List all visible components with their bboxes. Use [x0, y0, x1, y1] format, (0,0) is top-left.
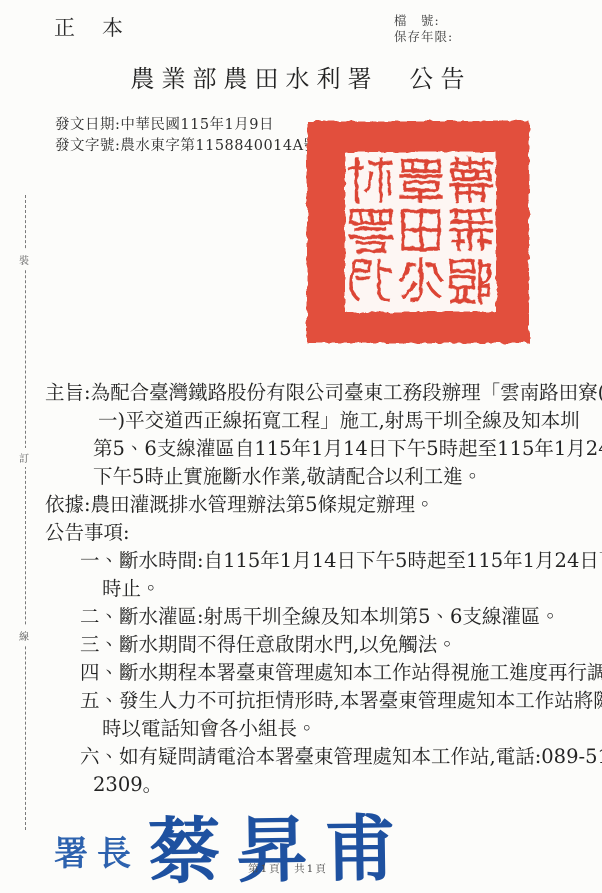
issue-number: 發文字號:農水東字第1158840014A號	[55, 136, 319, 157]
file-info-block: 檔 號: 保存年限:	[394, 13, 453, 45]
body-line: 三、斷水期間不得任意啟閉水門,以免觸法。	[45, 631, 585, 659]
body-line: 一、斷水時間:自115年1月14日下午5時起至115年1月24日下午5	[45, 547, 585, 575]
binding-mark-xian: 線	[19, 626, 29, 645]
page-number-footer: 第1頁 共1頁	[248, 861, 328, 876]
body-line: 一)平交道西正線拓寬工程」施工,射馬干圳全線及知本圳	[45, 407, 585, 435]
announcement-document: 正 本 檔 號: 保存年限: 農業部農田水利署 公告 發文日期:中華民國115年…	[0, 0, 602, 893]
binding-mark-ding: 訂	[19, 448, 29, 467]
body-line: 公告事項:	[45, 519, 585, 547]
signer-title: 署長	[54, 826, 140, 875]
issue-info-block: 發文日期:中華民國115年1月9日 發文字號:農水東字第1158840014A號	[55, 115, 319, 157]
body-line: 五、發生人力不可抗拒情形時,本署臺東管理處知本工作站將隨	[45, 687, 585, 715]
body-line: 六、如有疑問請電洽本署臺東管理處知本工作站,電話:089-51	[45, 743, 585, 771]
binding-mark-zhuang: 裝	[19, 250, 29, 269]
document-title: 農業部農田水利署 公告	[0, 59, 602, 94]
retention-period-label: 保存年限:	[394, 29, 453, 45]
body-line: 四、斷水期程本署臺東管理處知本工作站得視施工進度再行調整。	[45, 659, 585, 687]
official-seal-image	[303, 117, 533, 347]
announcement-body: 主旨:為配合臺灣鐵路股份有限公司臺東工務段辦理「雲南路田寮( 一)平交道西正線拓…	[45, 379, 585, 799]
copy-type-label: 正 本	[54, 12, 126, 42]
body-line: 主旨:為配合臺灣鐵路股份有限公司臺東工務段辦理「雲南路田寮(	[45, 379, 585, 407]
issue-date: 發文日期:中華民國115年1月9日	[55, 115, 319, 136]
body-line: 二、斷水灌區:射馬干圳全線及知本圳第5、6支線灌區。	[45, 603, 585, 631]
signer-name-signature: 蔡昇甫	[147, 790, 412, 893]
body-line: 依據:農田灌溉排水管理辦法第5條規定辦理。	[45, 491, 585, 519]
binding-dashed-line	[25, 195, 26, 830]
file-number-label: 檔 號:	[394, 13, 453, 29]
body-line: 時以電話知會各小組長。	[45, 715, 585, 743]
body-line: 第5、6支線灌區自115年1月14日下午5時起至115年1月24日	[45, 435, 585, 463]
body-line: 時止。	[45, 575, 585, 603]
body-line: 下午5時止實施斷水作業,敬請配合以利工進。	[45, 463, 585, 491]
